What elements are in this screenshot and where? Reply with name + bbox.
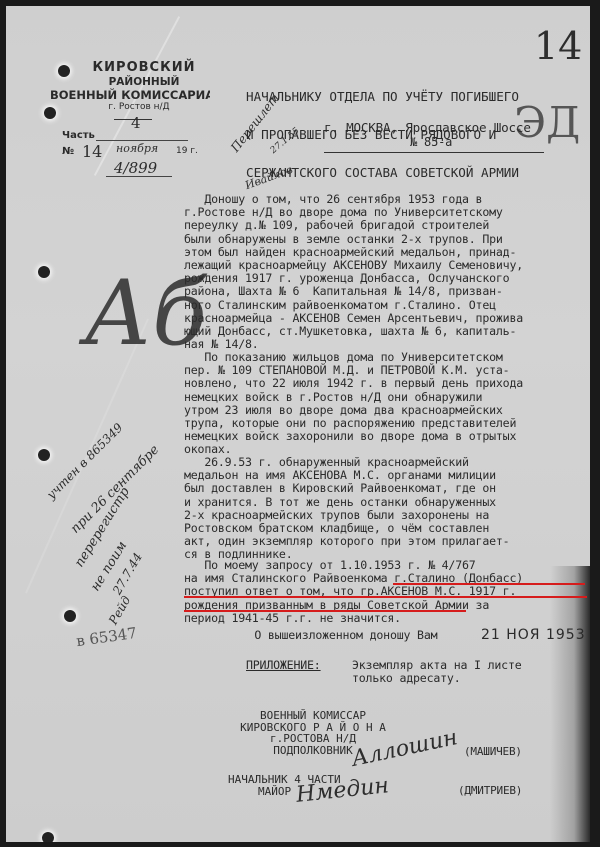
signer-name-2: (ДМИТРИЕВ) [458,785,522,797]
received-date-stamp: 21 НОЯ 1953 [481,627,586,643]
body-line: лежащий красноармейцу АКСЕНОВУ Михаилу С… [184,259,523,271]
addressee-block: НАЧАЛЬНИКУ ОТДЕЛА ПО УЧЁТУ ПОГИБШЕГО И П… [246,66,519,205]
body-line: новлено, что 22 июля 1942 г. в первый де… [184,377,523,389]
body-line: были обнаружены в земле останки 2-х труп… [184,233,503,245]
signer-name-1: (МАШИЧЕВ) [464,746,522,758]
body-line: медальон на имя АКСЕНОВА М.С. органами м… [184,469,496,481]
body-line: окопах. [184,443,231,455]
punch-hole-icon [64,610,76,622]
body-line: По моему запросу от 1.10.1953 г. № 4/767 [184,559,476,571]
body-line: и хранится. В тот же день останки обнару… [184,496,496,508]
body-line: трупа, которые они по распоряжению предс… [184,417,516,429]
body-line: ная № 14/8. [184,338,259,350]
stamp-part-number: 4 [131,114,141,132]
body-line: утром 23 июля во дворе дома два красноар… [184,404,503,416]
addressee-city: г. МОСКВА, Ярославское Шоссе [324,122,531,134]
stamp-line-4: г. Ростов н/Д [94,102,184,112]
body-line: 26.9.53 г. обнаруженный красноармейский [184,456,469,468]
body-line: акт, один экземпляр которого при этом пр… [184,535,509,547]
punch-hole-icon [58,65,70,77]
body-line: района, Шахта № 6 Капитальная № 14/8, пр… [184,285,503,297]
punch-hole-icon [38,266,50,278]
body-line: был доставлен в Кировский Райвоенкомат, … [184,482,496,494]
punch-hole-icon [38,449,50,461]
red-underline [184,596,587,598]
red-underline [393,583,585,585]
sheet-number-handwritten: 14 [534,24,582,68]
body-line: красноармейца - АКСЕНОВ Семен Арсентьеви… [184,312,523,324]
body-line: немецких войск в г.Ростов н/Д они обнару… [184,391,482,403]
stamp-part-label: Часть [62,130,95,141]
body-line: 2-х красноармейских трупов были захороне… [184,509,489,521]
stamp-date-day: 14 [82,142,102,161]
stamp-line-2: РАЙОННЫЙ [84,76,204,88]
attachment-label: ПРИЛОЖЕНИЕ: [246,659,321,671]
body-line: г.Ростове н/Д во дворе дома по Университ… [184,206,503,218]
body-line: немецких войск захоронили во дворе дома … [184,430,516,442]
addressee-number: № 85-а [410,136,452,148]
red-underline [184,610,466,612]
punch-hole-icon [42,832,54,842]
stamp-line-3: ВОЕННЫЙ КОМИССАРИАТ [50,88,210,102]
stamp-number: 4/899 [114,159,157,177]
margin-note: Рейд [106,594,133,627]
body-line: переулку д.№ 109, рабочей бригадой строи… [184,219,489,231]
stamp-line-1: КИРОВСКИЙ [74,60,214,75]
body-line: этом был найден красноармейский медальон… [184,246,516,258]
body-line: пер. № 109 СТЕПАНОВОЙ М.Д. и ПЕТРОВОЙ К.… [184,364,509,376]
attachment-text-2: только адресату. [352,672,460,684]
stamp-year: 19 г. [176,146,198,156]
body-line: рождения 1917 г. уроженца Донбасса, Ослу… [184,272,509,284]
stamp-date-month: ноября [116,142,158,155]
body-line: период 1941-45 г.г. не значится. [184,612,401,624]
body-line: Доношу о том, что 26 сентября 1953 года … [184,193,482,205]
body-line: Ростовском братском кладбище, о чём сост… [184,522,489,534]
addressee-line: НАЧАЛЬНИКУ ОТДЕЛА ПО УЧЁТУ ПОГИБШЕГО [246,91,519,104]
document-page: КИРОВСКИЙ РАЙОННЫЙ ВОЕННЫЙ КОМИССАРИАТ г… [6,6,590,842]
body-line: ющий Донбасс, ст.Мушкетовка, шахта № 6, … [184,325,516,337]
handwritten-mark: ЭД [514,98,580,147]
punch-hole-icon [44,107,56,119]
page-fold-shadow [550,566,590,842]
margin-note: в 65347 [75,624,138,650]
attachment-text-1: Экземпляр акта на I листе [352,659,522,671]
body-line: ного Сталинским райвоенкоматом г.Сталино… [184,299,496,311]
addressee-line: СЕРЖАНТСКОГО СОСТАВА СОВЕТСКОЙ АРМИИ [246,167,519,180]
closing-text: О вышеизложенном доношу Вам [234,629,437,641]
body-line: По показанию жильцов дома по Университет… [184,351,503,363]
